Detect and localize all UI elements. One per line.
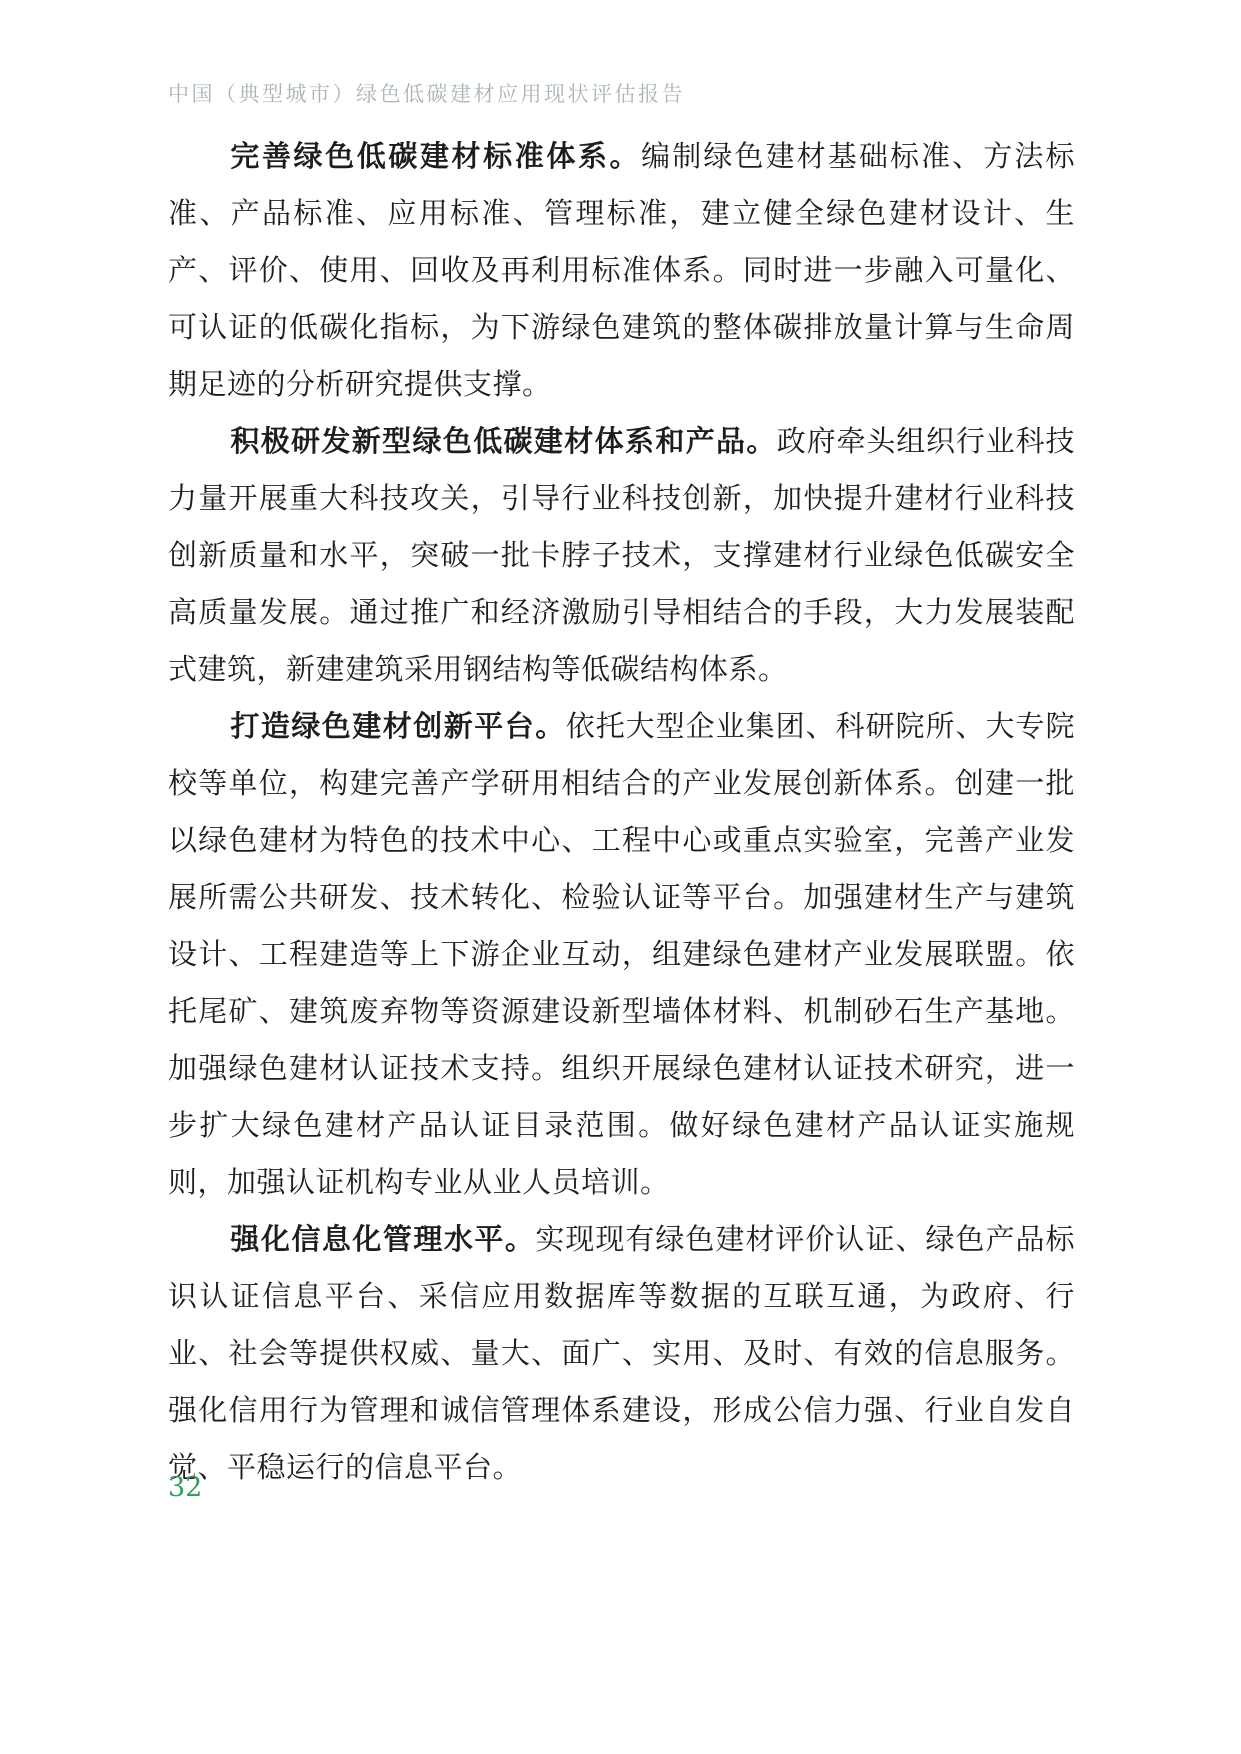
paragraph-body: 依托大型企业集团、科研院所、大专院校等单位，构建完善产学研用相结合的产业发展创新… [168, 709, 1075, 1199]
paragraph-body: 实现现有绿色建材评价认证、绿色产品标识认证信息平台、采信应用数据库等数据的互联互… [168, 1222, 1075, 1484]
paragraph-standards: 完善绿色低碳建材标准体系。编制绿色建材基础标准、方法标准、产品标准、应用标准、管… [168, 128, 1075, 413]
document-page: 中国（典型城市）绿色低碳建材应用现状评估报告 完善绿色低碳建材标准体系。编制绿色… [0, 0, 1241, 1754]
paragraph-research: 积极研发新型绿色低碳建材体系和产品。政府牵头组织行业科技力量开展重大科技攻关，引… [168, 413, 1075, 698]
paragraph-lead: 积极研发新型绿色低碳建材体系和产品。 [230, 424, 776, 458]
running-header-text: 中国（典型城市）绿色低碳建材应用现状评估报告 [168, 82, 685, 106]
paragraph-information-management: 强化信息化管理水平。实现现有绿色建材评价认证、绿色产品标识认证信息平台、采信应用… [168, 1211, 1075, 1496]
page-content: 完善绿色低碳建材标准体系。编制绿色建材基础标准、方法标准、产品标准、应用标准、管… [168, 128, 1075, 1496]
paragraph-body: 政府牵头组织行业科技力量开展重大科技攻关，引导行业科技创新，加快提升建材行业科技… [168, 424, 1075, 686]
running-header: 中国（典型城市）绿色低碳建材应用现状评估报告 [168, 78, 1075, 108]
page-number: 32 [168, 1472, 202, 1503]
paragraph-innovation-platform: 打造绿色建材创新平台。依托大型企业集团、科研院所、大专院校等单位，构建完善产学研… [168, 698, 1075, 1211]
paragraph-lead: 强化信息化管理水平。 [230, 1222, 535, 1256]
paragraph-lead: 完善绿色低碳建材标准体系。 [230, 139, 641, 173]
paragraph-lead: 打造绿色建材创新平台。 [230, 709, 565, 743]
paragraph-body: 编制绿色建材基础标准、方法标准、产品标准、应用标准、管理标准，建立健全绿色建材设… [168, 139, 1075, 401]
